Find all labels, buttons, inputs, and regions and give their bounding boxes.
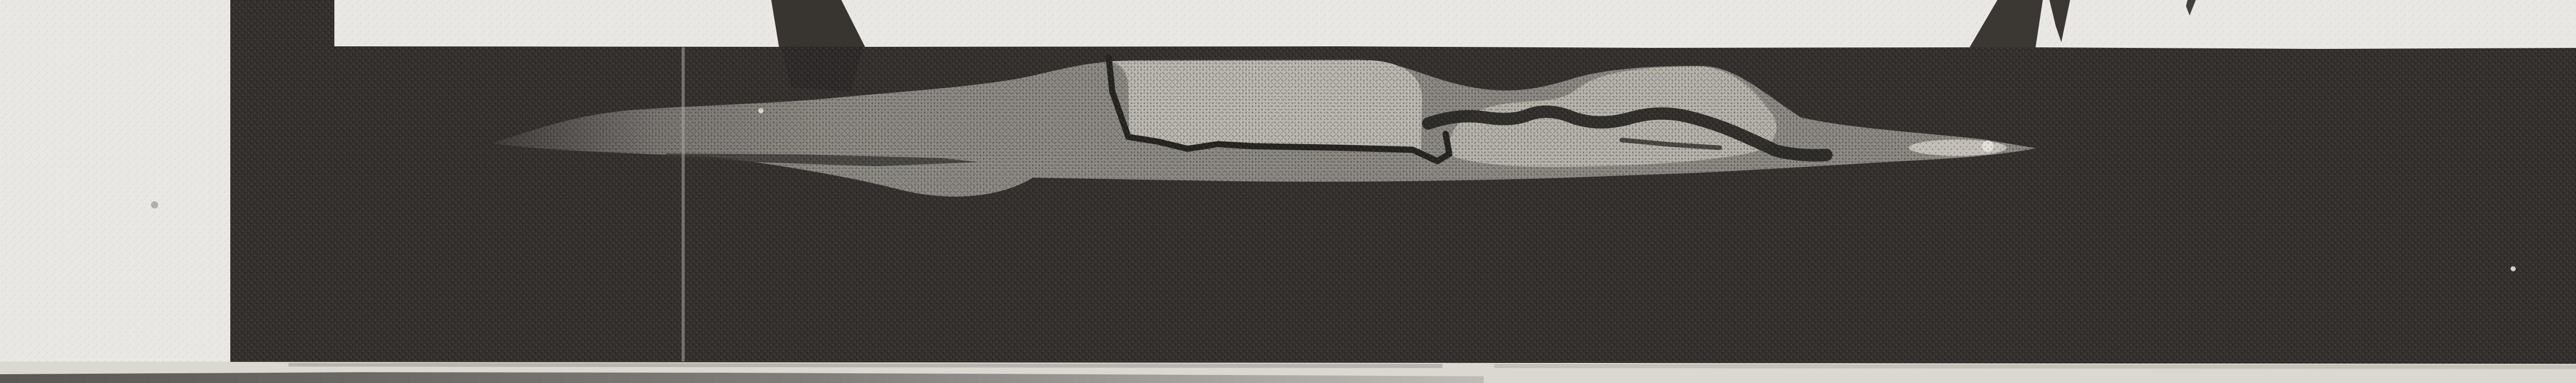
plate-print-texture xyxy=(230,0,2576,364)
halftone-photo-figure xyxy=(0,0,2576,383)
vertical-scratch-line xyxy=(682,47,685,361)
scanned-page-region xyxy=(0,0,2576,383)
